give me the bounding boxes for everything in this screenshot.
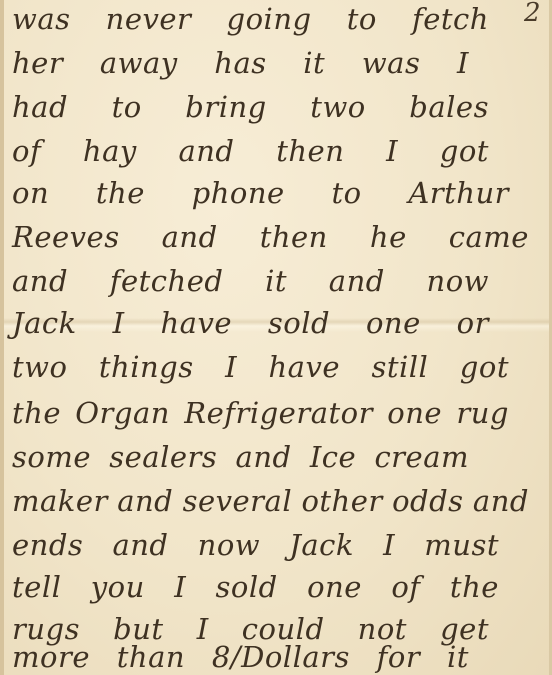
text-line-16: more than 8/Dollars for it <box>12 640 529 674</box>
word: the <box>450 570 499 604</box>
word: sealers <box>109 440 217 474</box>
word: rug <box>456 396 509 430</box>
word: got <box>460 350 509 384</box>
word: the <box>12 396 61 430</box>
text-line-12: maker and several other odds and <box>12 484 529 518</box>
word: some <box>12 440 91 474</box>
word: to <box>112 90 142 124</box>
word: of <box>12 134 41 168</box>
word: her <box>12 46 63 80</box>
word: Refrigerator <box>184 396 373 430</box>
word: it <box>303 46 325 80</box>
word: and <box>178 134 234 168</box>
word: and <box>12 264 68 298</box>
word: and <box>117 484 173 518</box>
text-line-13: ends and now Jack I must <box>12 528 529 562</box>
word: two <box>310 90 365 124</box>
word: and <box>112 528 168 562</box>
word: was <box>12 2 71 36</box>
word: sold <box>216 570 278 604</box>
word: must <box>424 528 499 562</box>
word: have <box>160 306 232 340</box>
word: other <box>301 484 382 518</box>
word: and <box>236 440 292 474</box>
word: away <box>100 46 178 80</box>
word: two <box>12 350 67 384</box>
word: fetch <box>412 2 489 36</box>
word: cream <box>374 440 469 474</box>
text-line-2: her away has it was I <box>12 46 529 80</box>
word: to <box>347 2 377 36</box>
word: now <box>198 528 260 562</box>
word: he <box>370 220 407 254</box>
text-line-4: of hay and then I got <box>12 134 529 168</box>
word: for <box>377 640 421 674</box>
word: had <box>12 90 68 124</box>
text-line-1: was never going to fetch <box>12 2 529 36</box>
word: of <box>391 570 420 604</box>
word: you <box>91 570 145 604</box>
word: it <box>447 640 469 674</box>
word: still <box>371 350 428 384</box>
word: one <box>366 306 421 340</box>
word: things <box>99 350 194 384</box>
word: maker <box>12 484 108 518</box>
word: Jack <box>289 528 354 562</box>
word: has <box>214 46 266 80</box>
word: Ice <box>310 440 356 474</box>
text-line-7: and fetched it and now <box>12 264 529 298</box>
word: and <box>162 220 218 254</box>
word: sold <box>268 306 330 340</box>
word: I <box>174 570 186 604</box>
text-line-10: the Organ Refrigerator one rug <box>12 396 529 430</box>
text-line-6: Reeves and then he came <box>12 220 529 254</box>
word: more <box>12 640 90 674</box>
word: never <box>106 2 192 36</box>
word: going <box>227 2 312 36</box>
word: I <box>113 306 125 340</box>
text-line-8: Jack I have sold one or <box>12 306 529 340</box>
word: one <box>387 396 442 430</box>
word: ends <box>12 528 83 562</box>
word: fetched <box>110 264 224 298</box>
word: phone <box>192 176 285 210</box>
word: Arthur <box>408 176 509 210</box>
word: was <box>362 46 421 80</box>
letter-page: 2 was never going to fetch her away has … <box>0 0 552 675</box>
word: Reeves <box>12 220 120 254</box>
word: I <box>225 350 237 384</box>
word: Jack <box>12 306 77 340</box>
word: and <box>329 264 385 298</box>
word: then <box>260 220 328 254</box>
word: one <box>307 570 362 604</box>
word: have <box>269 350 341 384</box>
word: the <box>96 176 145 210</box>
word: to <box>331 176 361 210</box>
word: tell <box>12 570 61 604</box>
word: it <box>265 264 287 298</box>
word: bales <box>409 90 489 124</box>
word: and <box>473 484 529 518</box>
word: I <box>386 134 398 168</box>
text-line-14: tell you I sold one of the <box>12 570 529 604</box>
text-line-3: had to bring two bales <box>12 90 529 124</box>
word: got <box>440 134 489 168</box>
word: odds <box>392 484 463 518</box>
word: hay <box>83 134 137 168</box>
text-line-9: two things I have still got <box>12 350 529 384</box>
word: or <box>457 306 489 340</box>
word: several <box>183 484 293 518</box>
text-line-11: some sealers and Ice cream <box>12 440 529 474</box>
word: on <box>12 176 49 210</box>
word: bring <box>185 90 266 124</box>
word: came <box>449 220 529 254</box>
word: now <box>427 264 489 298</box>
word: Organ <box>75 396 170 430</box>
word: then <box>276 134 344 168</box>
text-line-5: on the phone to Arthur <box>12 176 529 210</box>
word: than <box>117 640 185 674</box>
word: I <box>383 528 395 562</box>
word: 8/Dollars <box>212 640 350 674</box>
word: I <box>457 46 469 80</box>
